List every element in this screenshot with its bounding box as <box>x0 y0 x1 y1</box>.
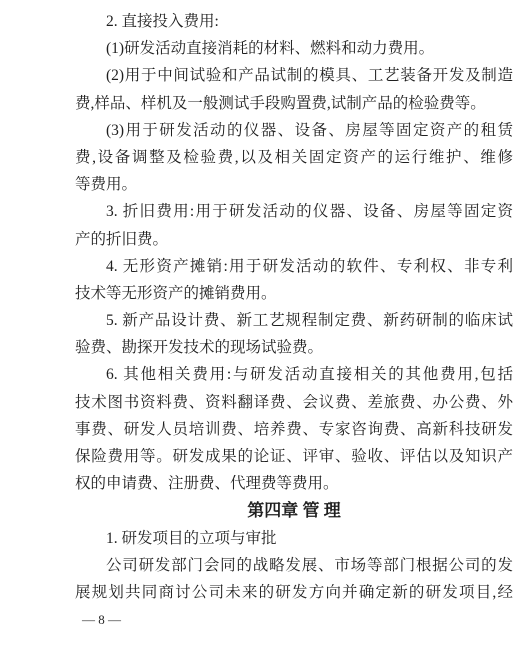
body-line: 4. 无形资产摊销:用于研发活动的软件、专利权、非专利 <box>75 253 513 280</box>
body-line: 等费用。 <box>75 171 513 198</box>
body-line: 公司研发部门会同的战略发展、市场等部门根据公司的发 <box>75 552 513 579</box>
body-line: 3. 折旧费用:用于研发活动的仪器、设备、房屋等固定资 <box>75 198 513 225</box>
body-line: (1)研发活动直接消耗的材料、燃料和动力费用。 <box>75 35 513 62</box>
body-line: 权的申请费、注册费、代理费等费用。 <box>75 470 513 497</box>
body-line: 事费、研发人员培训费、培养费、专家咨询费、高新科技研发 <box>75 416 513 443</box>
body-line: 技术等无形资产的摊销费用。 <box>75 280 513 307</box>
body-line: 6. 其他相关费用:与研发活动直接相关的其他费用,包括 <box>75 361 513 388</box>
document-page: 2. 直接投入费用: (1)研发活动直接消耗的材料、燃料和动力费用。 (2)用于… <box>75 8 513 633</box>
body-line: 1. 研发项目的立项与审批 <box>75 525 513 552</box>
body-line: 技术图书资料费、资料翻译费、会议费、差旅费、办公费、外 <box>75 389 513 416</box>
body-line: 费,设备调整及检验费,以及相关固定资产的运行维护、维修 <box>75 144 513 171</box>
body-line: 展规划共同商讨公司未来的研发方向并确定新的研发项目,经 <box>75 579 513 606</box>
body-line: (2)用于中间试验和产品试制的模具、工艺装备开发及制造 <box>75 62 513 89</box>
chapter-heading: 第四章 管 理 <box>75 497 513 524</box>
body-line: 保险费用等。研发成果的论证、评审、验收、评估以及知识产 <box>75 443 513 470</box>
body-line: 产的折旧费。 <box>75 226 513 253</box>
body-line: 5. 新产品设计费、新工艺规程制定费、新药研制的临床试 <box>75 307 513 334</box>
page-number: — 8 — <box>75 606 513 633</box>
body-line: 验费、勘探开发技术的现场试验费。 <box>75 334 513 361</box>
body-line: 2. 直接投入费用: <box>75 8 513 35</box>
body-line: 费,样品、样机及一般测试手段购置费,试制产品的检验费等。 <box>75 90 513 117</box>
body-line: (3)用于研发活动的仪器、设备、房屋等固定资产的租赁 <box>75 117 513 144</box>
